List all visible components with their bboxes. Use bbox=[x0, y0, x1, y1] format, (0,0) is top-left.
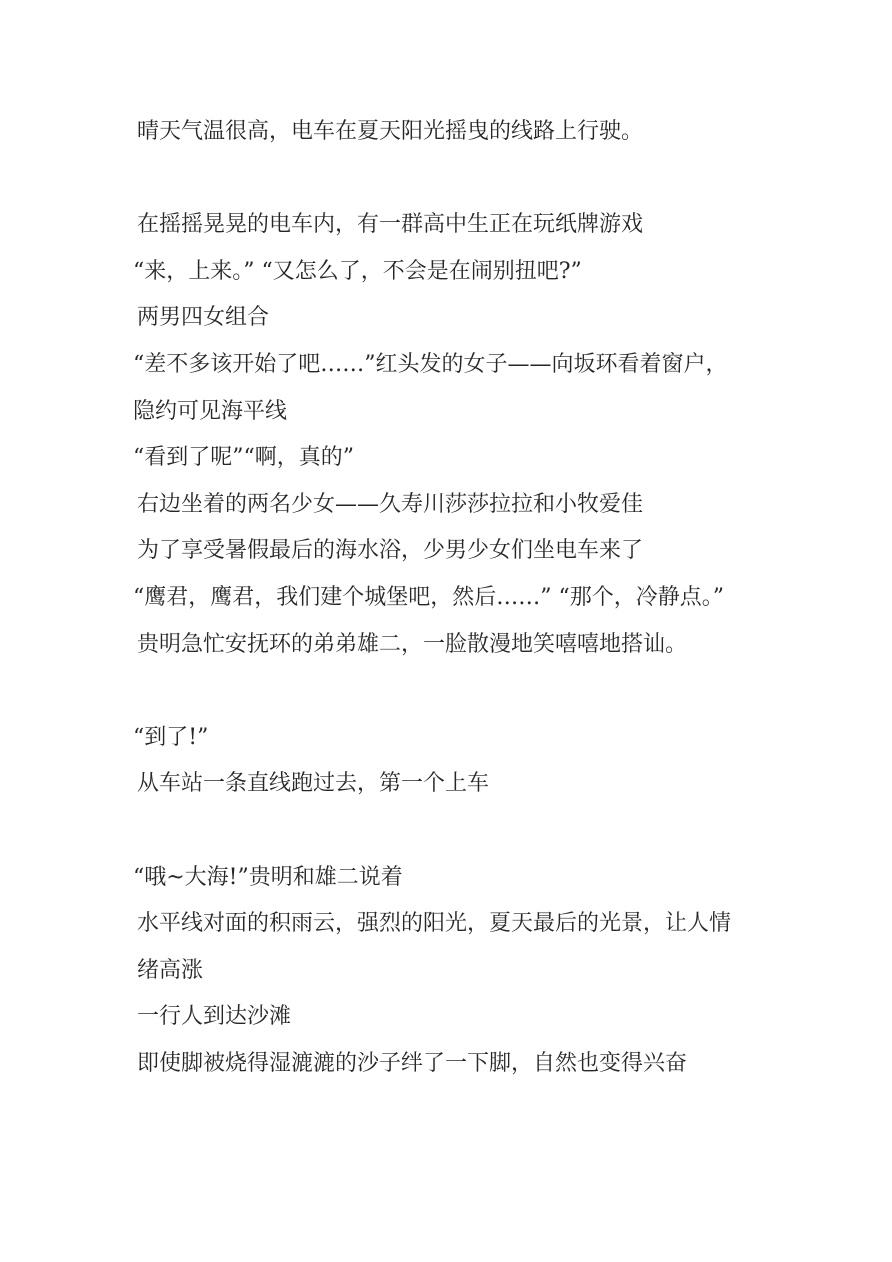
paragraph: 右边坐着的两名少女——久寿川莎莎拉拉和小牧爱佳 bbox=[137, 482, 747, 529]
paragraph: 在摇摇晃晃的电车内，有一群高中生正在玩纸牌游戏 bbox=[137, 202, 747, 249]
blank-line bbox=[137, 156, 747, 203]
paragraph: “来，上来。” “又怎么了，不会是在闹别扭吧?” bbox=[133, 249, 747, 296]
paragraph: 两男四女组合 bbox=[137, 295, 747, 342]
paragraph: “到了!” bbox=[133, 715, 747, 762]
blank-line bbox=[137, 808, 747, 855]
paragraph: 即使脚被烧得湿漉漉的沙子绊了一下脚，自然也变得兴奋 bbox=[137, 1041, 747, 1088]
paragraph: “差不多该开始了吧……”红头发的女子——向坂环看着窗户，隐约可见海平线 bbox=[133, 342, 747, 435]
paragraph: 贵明急忙安抚环的弟弟雄二，一脸散漫地笑嘻嘻地搭讪。 bbox=[137, 622, 747, 669]
blank-line bbox=[137, 668, 747, 715]
paragraph: 晴天气温很高，电车在夏天阳光摇曳的线路上行驶。 bbox=[137, 109, 747, 156]
paragraph: “看到了呢”“啊，真的” bbox=[133, 435, 747, 482]
paragraph: 从车站一条直线跑过去，第一个上车 bbox=[137, 761, 747, 808]
paragraph: “哦~大海!”贵明和雄二说着 bbox=[133, 855, 747, 902]
paragraph: “鹰君，鹰君，我们建个城堡吧，然后……” “那个，冷静点。” bbox=[133, 575, 747, 622]
paragraph: 水平线对面的积雨云，强烈的阳光，夏天最后的光景，让人情绪高涨 bbox=[137, 901, 747, 994]
paragraph: 一行人到达沙滩 bbox=[137, 994, 747, 1041]
paragraph: 为了享受暑假最后的海水浴，少男少女们坐电车来了 bbox=[137, 528, 747, 575]
document-page: 晴天气温很高，电车在夏天阳光摇曳的线路上行驶。 在摇摇晃晃的电车内，有一群高中生… bbox=[137, 109, 747, 1087]
